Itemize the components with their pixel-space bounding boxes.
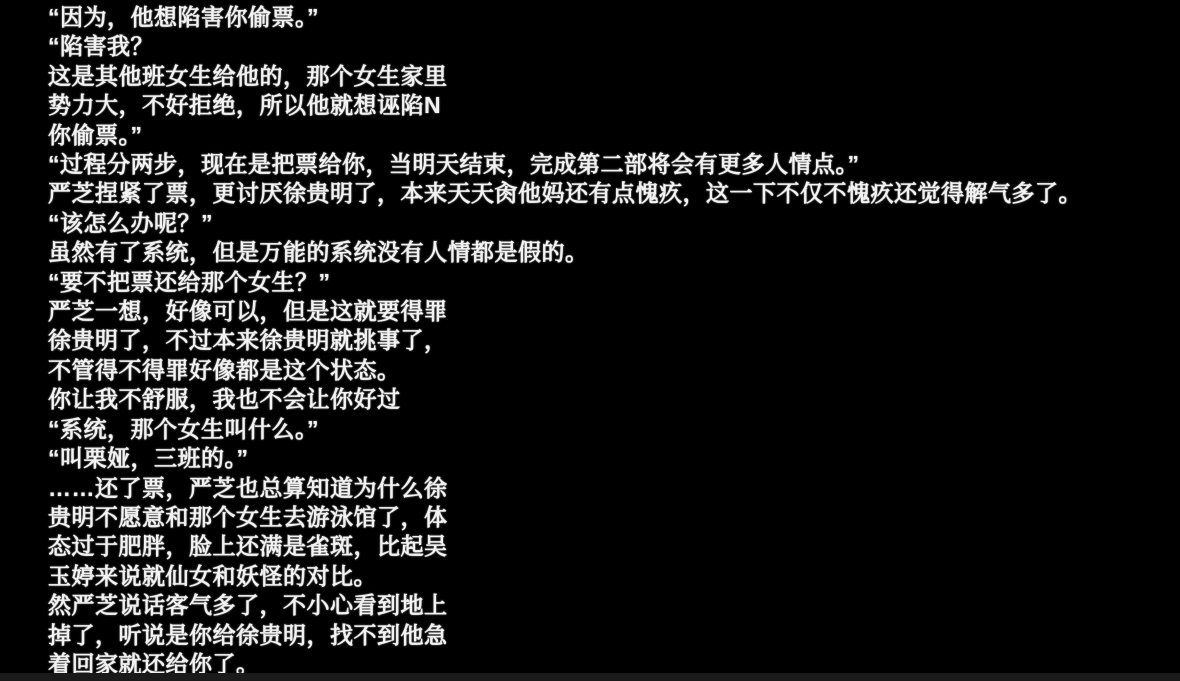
text-line: 态过于肥胖，脸上还满是雀斑，比起吴 (48, 532, 1180, 561)
text-line: ……还了票，严芝也总算知道为什么徐 (48, 474, 1180, 503)
text-line: “过程分两步，现在是把票给你，当明天结束，完成第二部将会有更多人情点。” (48, 150, 1180, 179)
text-line: 势力大，不好拒绝，所以他就想诬陷N (48, 91, 1180, 120)
text-line: “叫栗娅，三班的。” (48, 444, 1180, 473)
text-line: 掉了，听说是你给徐贵明，找不到他急 (48, 621, 1180, 650)
text-line: 然严芝说话客气多了，不小心看到地上 (48, 591, 1180, 620)
text-line: 严芝捏紧了票，更讨厌徐贵明了，本来天天肏他妈还有点愧疚，这一下不仅不愧疚还觉得解… (48, 179, 1180, 208)
text-line: 玉婷来说就仙女和妖怪的对比。 (48, 562, 1180, 591)
text-line: “要不把票还给那个女生？” (48, 268, 1180, 297)
text-line: 不管得不得罪好像都是这个状态。 (48, 356, 1180, 385)
text-line: “因为，他想陷害你偷票。” (48, 3, 1180, 32)
text-line: 你偷票。” (48, 121, 1180, 150)
text-line: 严芝一想，好像可以，但是这就要得罪 (48, 297, 1180, 326)
text-line: “陷害我？ (48, 32, 1180, 61)
text-line: 你让我不舒服，我也不会让你好过 (48, 385, 1180, 414)
text-line: “系统，那个女生叫什么。” (48, 415, 1180, 444)
text-line: 贵明不愿意和那个女生去游泳馆了，体 (48, 503, 1180, 532)
text-line: 这是其他班女生给他的，那个女生家里 (48, 62, 1180, 91)
novel-reader-screen: “因为，他想陷害你偷票。”“陷害我？这是其他班女生给他的，那个女生家里势力大，不… (0, 0, 1180, 681)
bottom-bar (0, 673, 1180, 681)
text-line: 徐贵明了，不过本来徐贵明就挑事了， (48, 326, 1180, 355)
text-line: 虽然有了系统，但是万能的系统没有人情都是假的。 (48, 238, 1180, 267)
novel-text: “因为，他想陷害你偷票。”“陷害我？这是其他班女生给他的，那个女生家里势力大，不… (48, 3, 1180, 679)
text-line: “该怎么办呢？” (48, 209, 1180, 238)
